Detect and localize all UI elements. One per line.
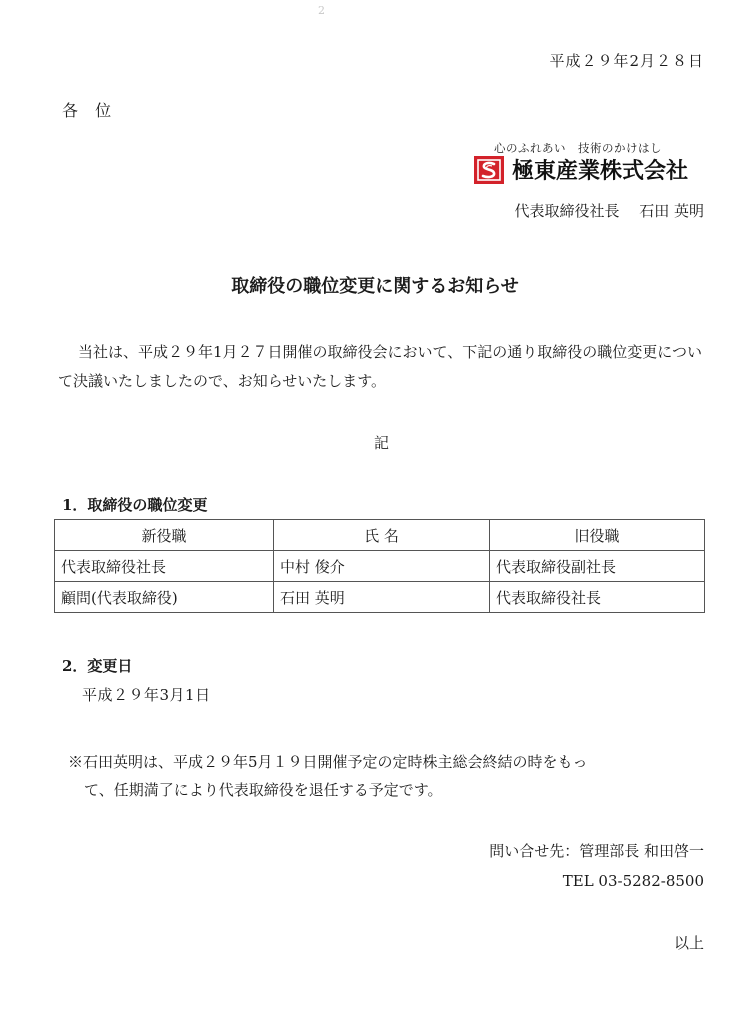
cell-name: 中村 俊介 — [274, 551, 490, 582]
body-paragraph: 当社は、平成２９年1月２７日開催の取締役会において、下記の通り取締役の職位変更に… — [58, 338, 708, 396]
cell-name: 石田 英明 — [274, 582, 490, 613]
table-row: 顧問(代表取締役) 石田 英明 代表取締役社長 — [55, 582, 705, 613]
company-name: 極東産業株式会社 — [512, 154, 688, 185]
cell-new-position: 顧問(代表取締役) — [55, 582, 274, 613]
section-heading-position-change: 1．取締役の職位変更 — [62, 494, 207, 515]
contact-phone: TEL 03-5282-8500 — [563, 872, 704, 890]
company-logo-block: 極東産業株式会社 — [474, 154, 688, 185]
signer: 代表取締役社長 石田 英明 — [514, 200, 704, 221]
document-date: 平成２９年2月２８日 — [549, 50, 704, 71]
cell-old-position: 代表取締役社長 — [490, 582, 705, 613]
retirement-note: ※石田英明は、平成２９年5月１９日開催予定の定時株主総会終結の時をもっ て、任期… — [68, 748, 713, 804]
header-name: 氏 名 — [274, 520, 490, 551]
section-heading-change-date: 2．変更日 — [62, 655, 132, 676]
cell-old-position: 代表取締役副社長 — [490, 551, 705, 582]
ki-marker: 記 — [374, 432, 389, 453]
position-change-table: 新役職 氏 名 旧役職 代表取締役社長 中村 俊介 代表取締役副社長 顧問(代表… — [54, 519, 705, 613]
header-old-position: 旧役職 — [490, 520, 705, 551]
note-line-1: ※石田英明は、平成２９年5月１９日開催予定の定時株主総会終結の時をもっ — [68, 753, 588, 771]
closing-mark: 以上 — [674, 932, 704, 953]
contact-person: 問い合せ先：管理部長 和田啓一 — [489, 840, 704, 861]
s-logo-icon — [474, 156, 504, 184]
addressee: 各 位 — [62, 98, 117, 121]
document-title: 取締役の職位変更に関するお知らせ — [0, 272, 750, 298]
table-header-row: 新役職 氏 名 旧役職 — [55, 520, 705, 551]
table-row: 代表取締役社長 中村 俊介 代表取締役副社長 — [55, 551, 705, 582]
header-new-position: 新役職 — [55, 520, 274, 551]
page-number-mark: 2 — [318, 4, 325, 17]
cell-new-position: 代表取締役社長 — [55, 551, 274, 582]
note-line-2: て、任期満了により代表取締役を退任する予定です。 — [68, 776, 713, 804]
change-date: 平成２９年3月1日 — [82, 684, 211, 705]
